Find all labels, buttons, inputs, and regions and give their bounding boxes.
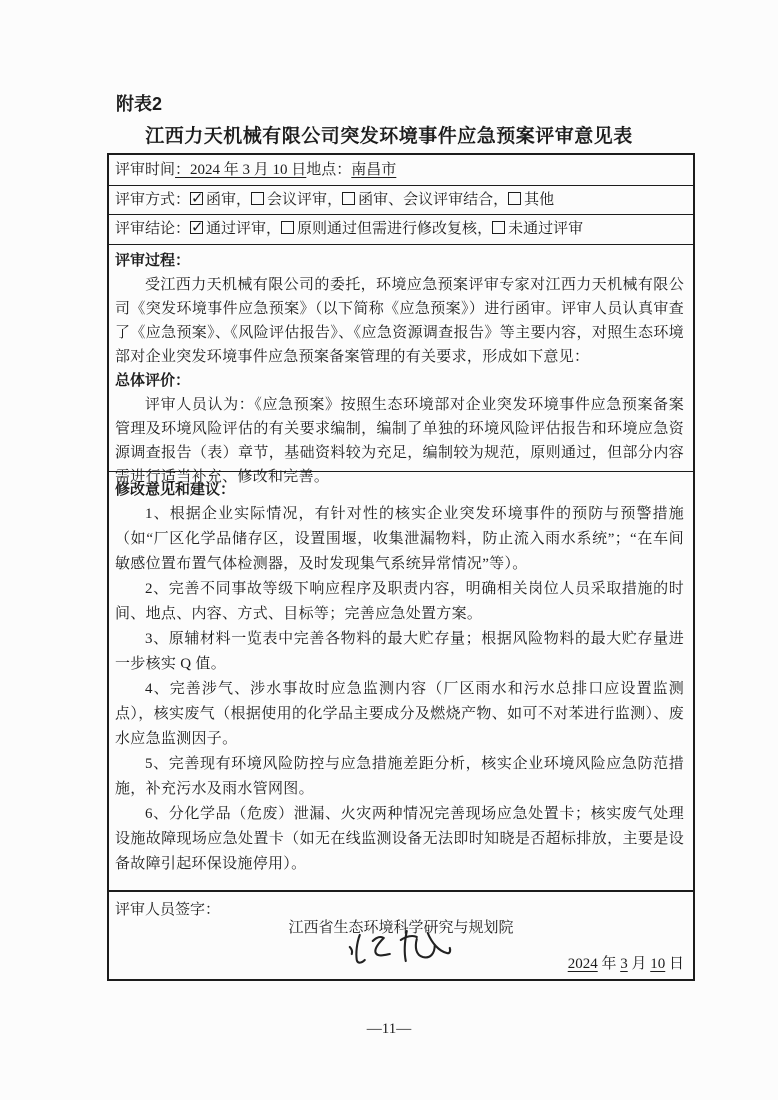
signature-date: 2024 年 3 月 10 日 [568, 952, 684, 973]
option-label: 其他 [524, 192, 554, 208]
review-method-option: 函审 [190, 192, 236, 208]
checkbox-icon [492, 221, 505, 234]
option-label: 原则通过但需进行修改复核 [297, 221, 477, 237]
suggestion-item: 3、原辅材料一览表中完善各物料的最大贮存量；根据风险物料的最大贮存量进一步核实 … [115, 627, 684, 677]
review-conclusion-option: 未通过评审 [492, 221, 583, 237]
document-page: 附表2 江西力天机械有限公司突发环境事件应急预案评审意见表 评审时间：2024 … [0, 0, 778, 1100]
option-label: 会议评审 [267, 192, 327, 208]
option-separator: ， [493, 192, 508, 208]
option-separator: ， [236, 192, 251, 208]
page-number: —11— [0, 1021, 778, 1038]
review-process-cell: 评审过程： 受江西力天机械有限公司的委托，环境应急预案评审专家对江西力天机械有限… [109, 245, 693, 472]
review-method-option: 其他 [508, 192, 554, 208]
review-time-row: 评审时间：2024 年 3 月 10 日地点：南昌市 [109, 155, 693, 186]
review-method-option: 会议评审 [251, 192, 327, 208]
review-method-label: 评审方式： [115, 192, 190, 208]
signature-date-day: 10 [650, 956, 665, 972]
checkbox-icon [190, 221, 203, 234]
checkbox-icon [342, 192, 355, 205]
checkbox-icon [190, 192, 203, 205]
checkbox-icon [508, 192, 521, 205]
suggestions-heading: 修改意见和建议： [115, 477, 684, 502]
checkbox-icon [281, 221, 294, 234]
option-label: 函审、会议评审结合 [358, 192, 493, 208]
review-conclusion-row: 评审结论：通过评审，原则通过但需进行修改复核，未通过评审 [109, 215, 693, 245]
review-conclusion-label: 评审结论： [115, 221, 190, 237]
option-label: 函审 [206, 192, 236, 208]
review-conclusion-option: 原则通过但需进行修改复核 [281, 221, 477, 237]
review-method-option: 函审、会议评审结合 [342, 192, 493, 208]
suggestion-item: 6、分化学品（危废）泄漏、火灾两种情况完善现场应急处置卡；核实废气处理设施故障现… [115, 802, 684, 877]
option-separator: ， [477, 221, 492, 237]
option-label: 通过评审 [206, 221, 266, 237]
option-separator: ， [327, 192, 342, 208]
review-location-value: 南昌市 [351, 162, 396, 178]
signature-date-day-unit: 日 [665, 956, 684, 972]
option-label: 未通过评审 [508, 221, 583, 237]
review-time-value: ：2024 年 3 月 10 日 [175, 162, 306, 178]
suggestions-cell: 修改意见和建议： 1、根据企业实际情况，有针对性的核实企业突发环境事件的预防与预… [109, 472, 693, 892]
handwritten-signature [343, 928, 455, 972]
annex-label: 附表2 [116, 90, 162, 116]
signature-date-month-unit: 月 [628, 956, 651, 972]
signature-date-year-unit: 年 [598, 956, 621, 972]
review-table: 评审时间：2024 年 3 月 10 日地点：南昌市 评审方式：函审，会议评审，… [107, 153, 695, 981]
review-conclusion-option: 通过评审 [190, 221, 266, 237]
checkbox-icon [251, 192, 264, 205]
signature-date-month: 3 [620, 956, 628, 972]
review-process-heading: 评审过程： [115, 249, 684, 273]
suggestion-item: 1、根据企业实际情况，有针对性的核实企业突发环境事件的预防与预警措施（如“厂区化… [115, 502, 684, 577]
page-title: 江西力天机械有限公司突发环境事件应急预案评审意见表 [0, 121, 778, 148]
review-time-label: 评审时间 [115, 162, 175, 178]
suggestion-item: 5、完善现有环境风险防控与应急措施差距分析，核实企业环境风险应急防范措施，补充污… [115, 752, 684, 802]
review-process-paragraph: 受江西力天机械有限公司的委托，环境应急预案评审专家对江西力天机械有限公司《突发环… [115, 273, 684, 369]
overall-evaluation-heading: 总体评价： [115, 369, 684, 393]
option-separator: ， [266, 221, 281, 237]
suggestion-item: 4、完善涉气、涉水事故时应急监测内容（厂区雨水和污水总排口应设置监测点），核实废… [115, 677, 684, 752]
signature-date-year: 2024 [568, 956, 598, 972]
review-location-label: 地点： [306, 162, 351, 178]
signature-cell: 评审人员签字： 江西省生态环境科学研究与规划院 2024 年 3 月 10 日 [109, 892, 693, 979]
suggestion-item: 2、完善不同事故等级下响应程序及职责内容，明确相关岗位人员采取措施的时间、地点、… [115, 577, 684, 627]
review-method-row: 评审方式：函审，会议评审，函审、会议评审结合，其他 [109, 186, 693, 215]
